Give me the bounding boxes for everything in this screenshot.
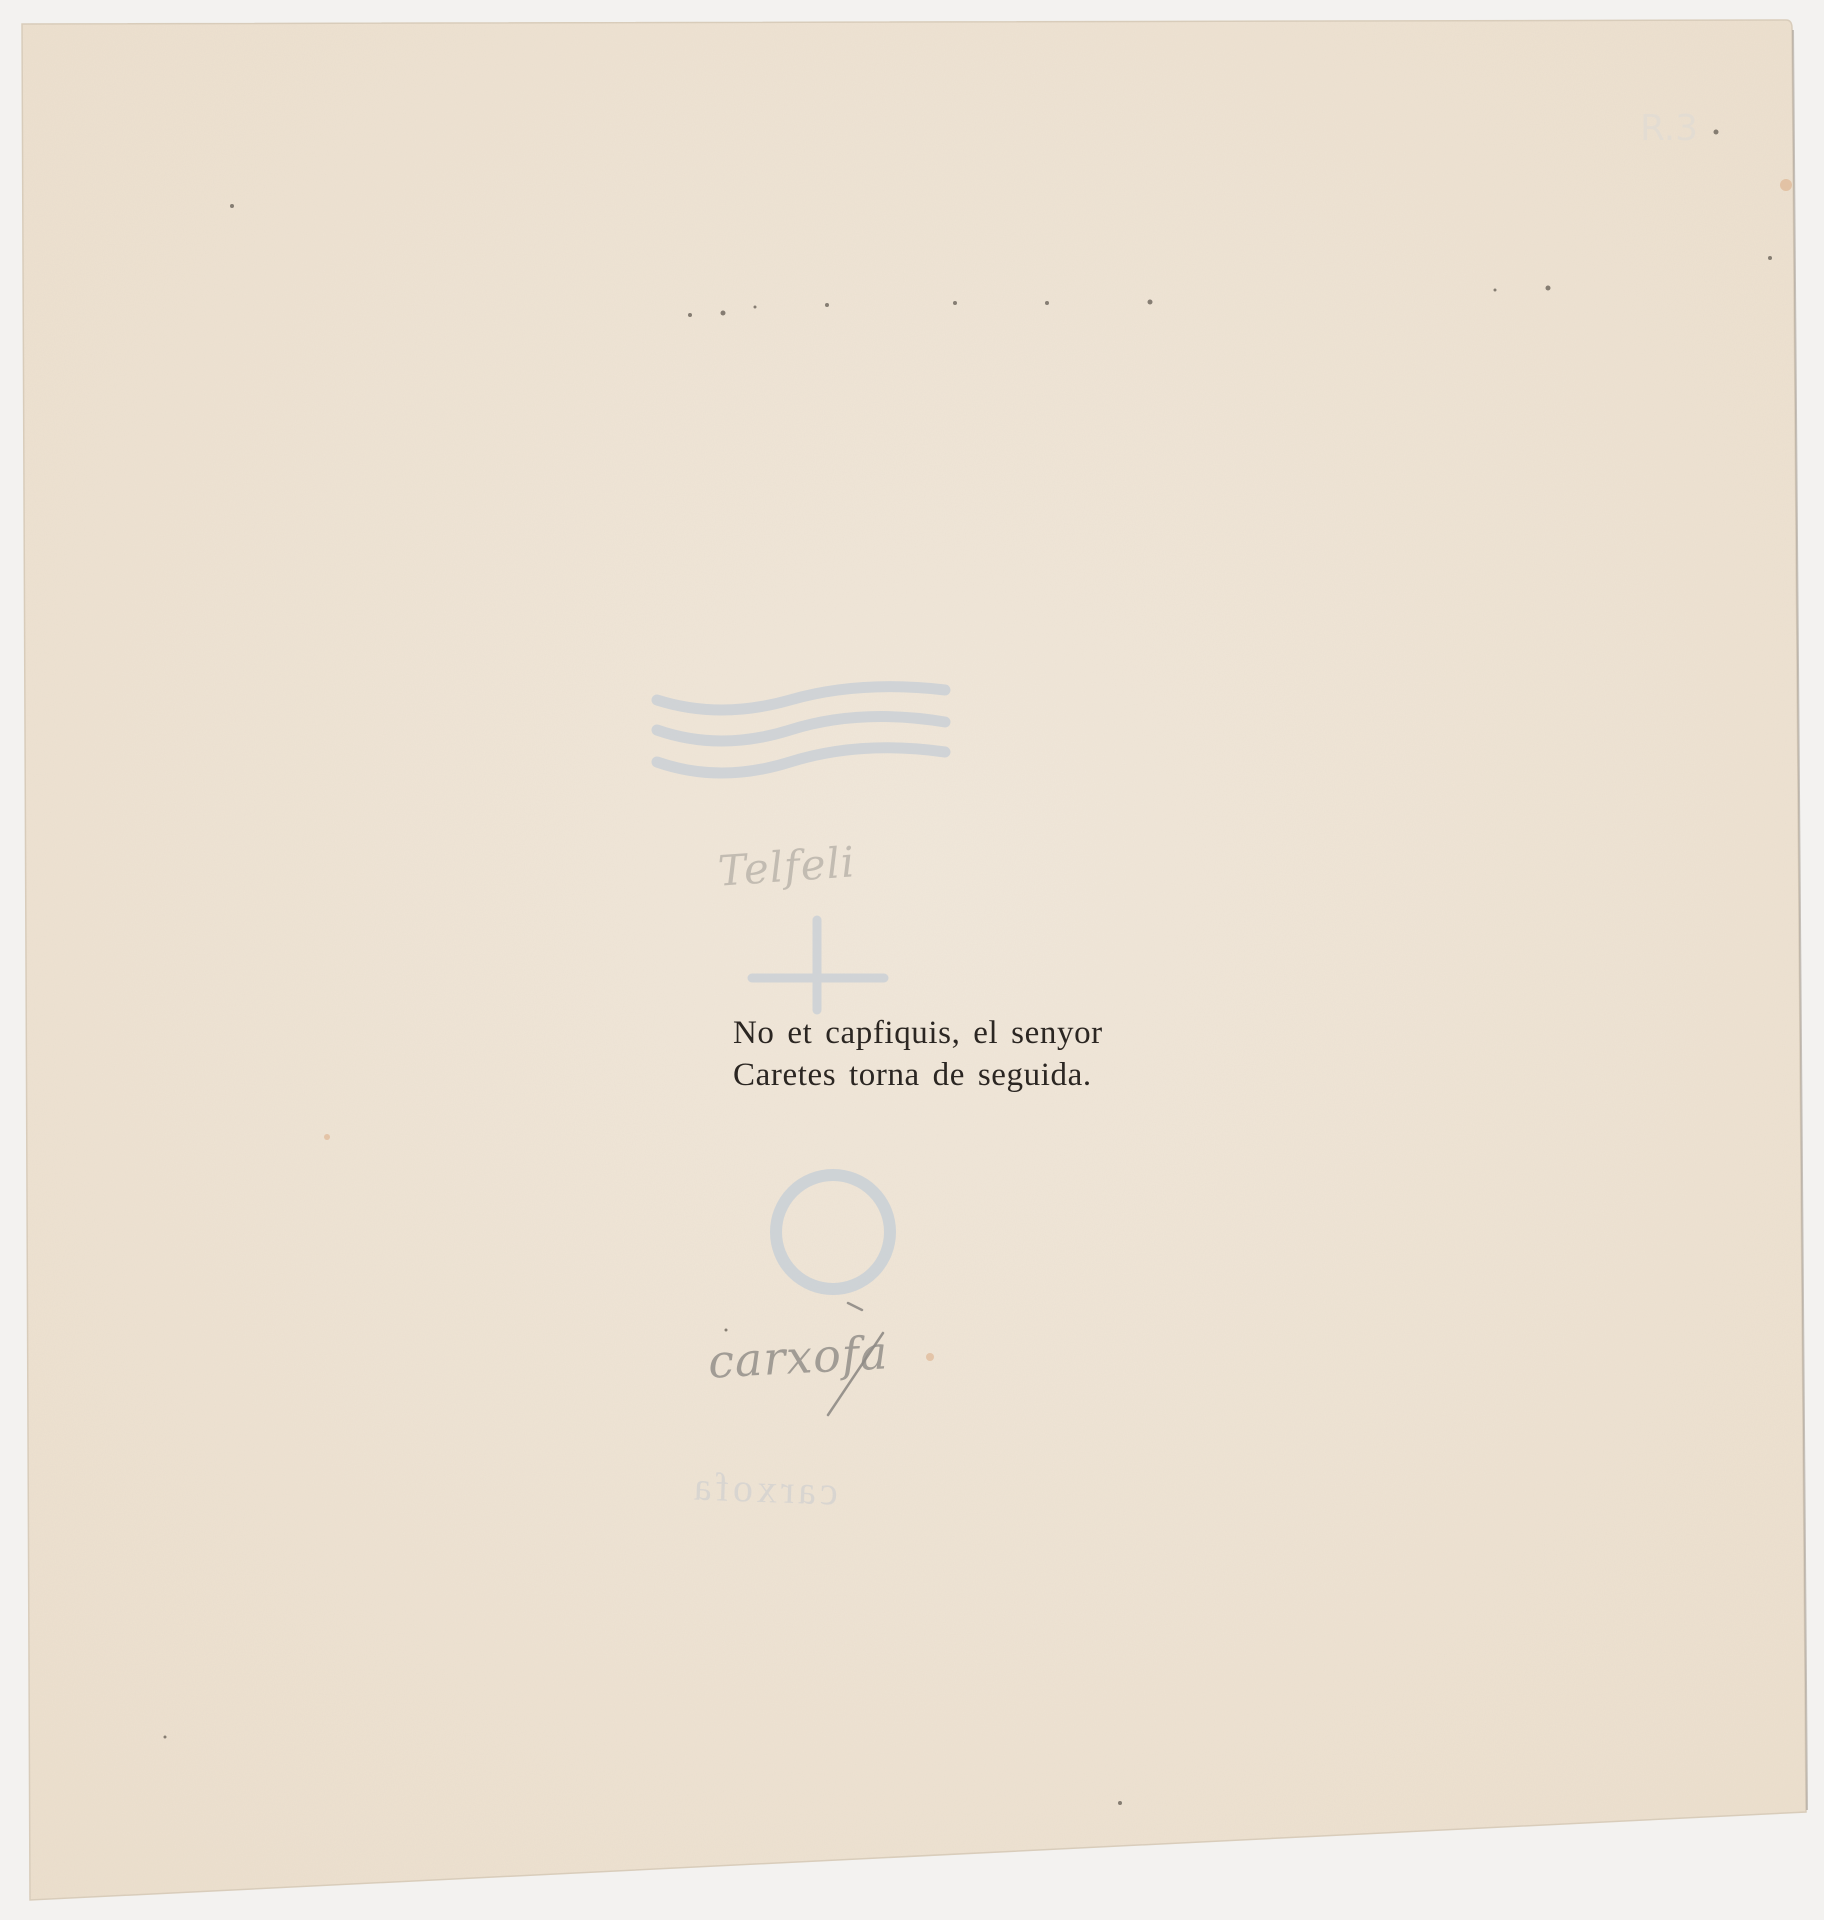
paper-card [0,0,1824,1920]
pencil-annotation-telfeli: Telfeli [716,837,856,895]
show-through-text: carxofa [689,1462,838,1514]
pencil-annotation-carxofa: carxofa [707,1325,890,1388]
caption-line-1: No et capfiquis, el senyor [733,1012,1103,1054]
scanned-sheet: R.3 Telfeli No et capfiquis, el senyor C… [0,0,1824,1920]
corner-mark: R.3 [1640,108,1698,149]
caption-line-2: Caretes torna de seguida. [733,1054,1103,1096]
printed-caption: No et capfiquis, el senyor Caretes torna… [733,1012,1103,1096]
